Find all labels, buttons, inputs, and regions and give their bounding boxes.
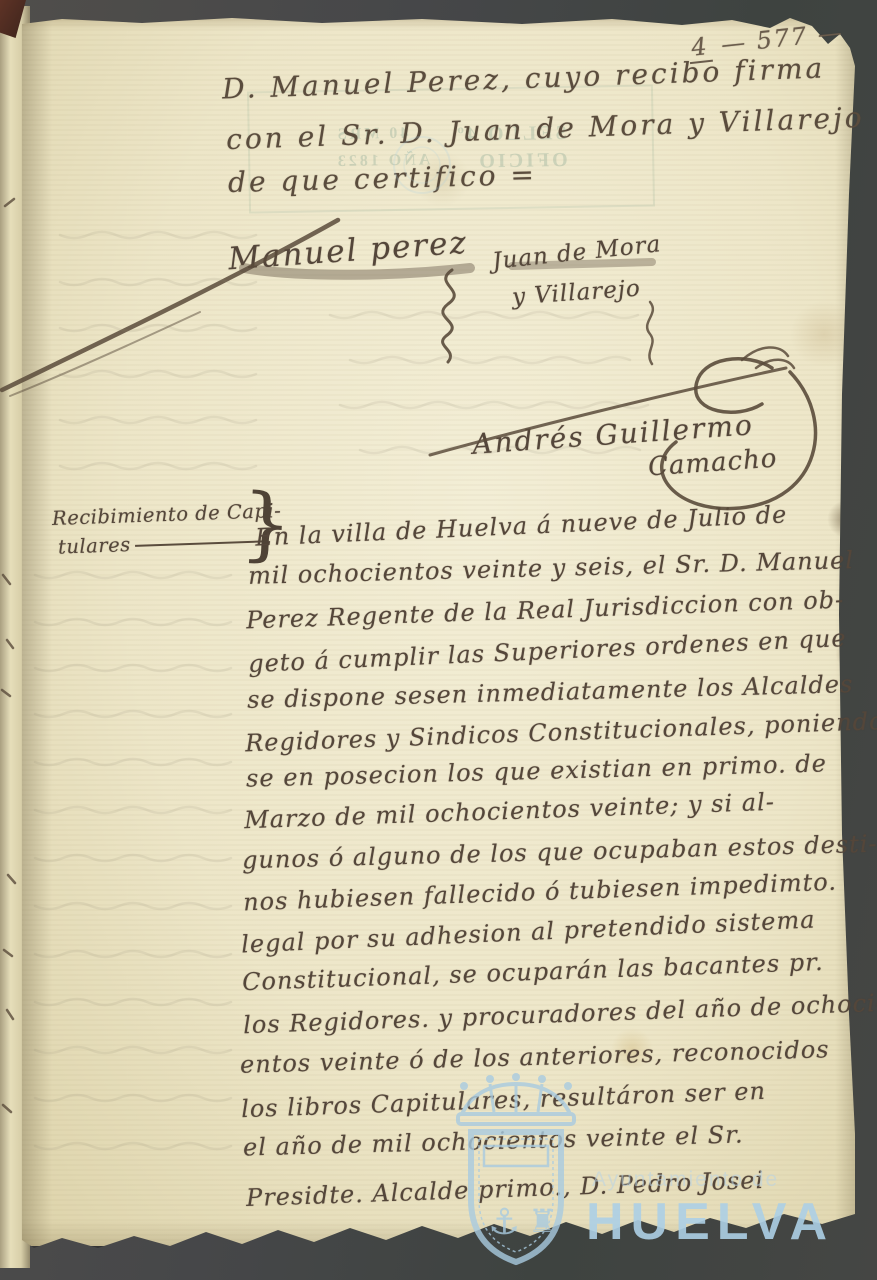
- archival-scan: SELLO 4º 40 MRS OFICIO AÑO 1823 4 — 577 …: [0, 0, 877, 1280]
- margin-note-text: tulares: [58, 533, 131, 559]
